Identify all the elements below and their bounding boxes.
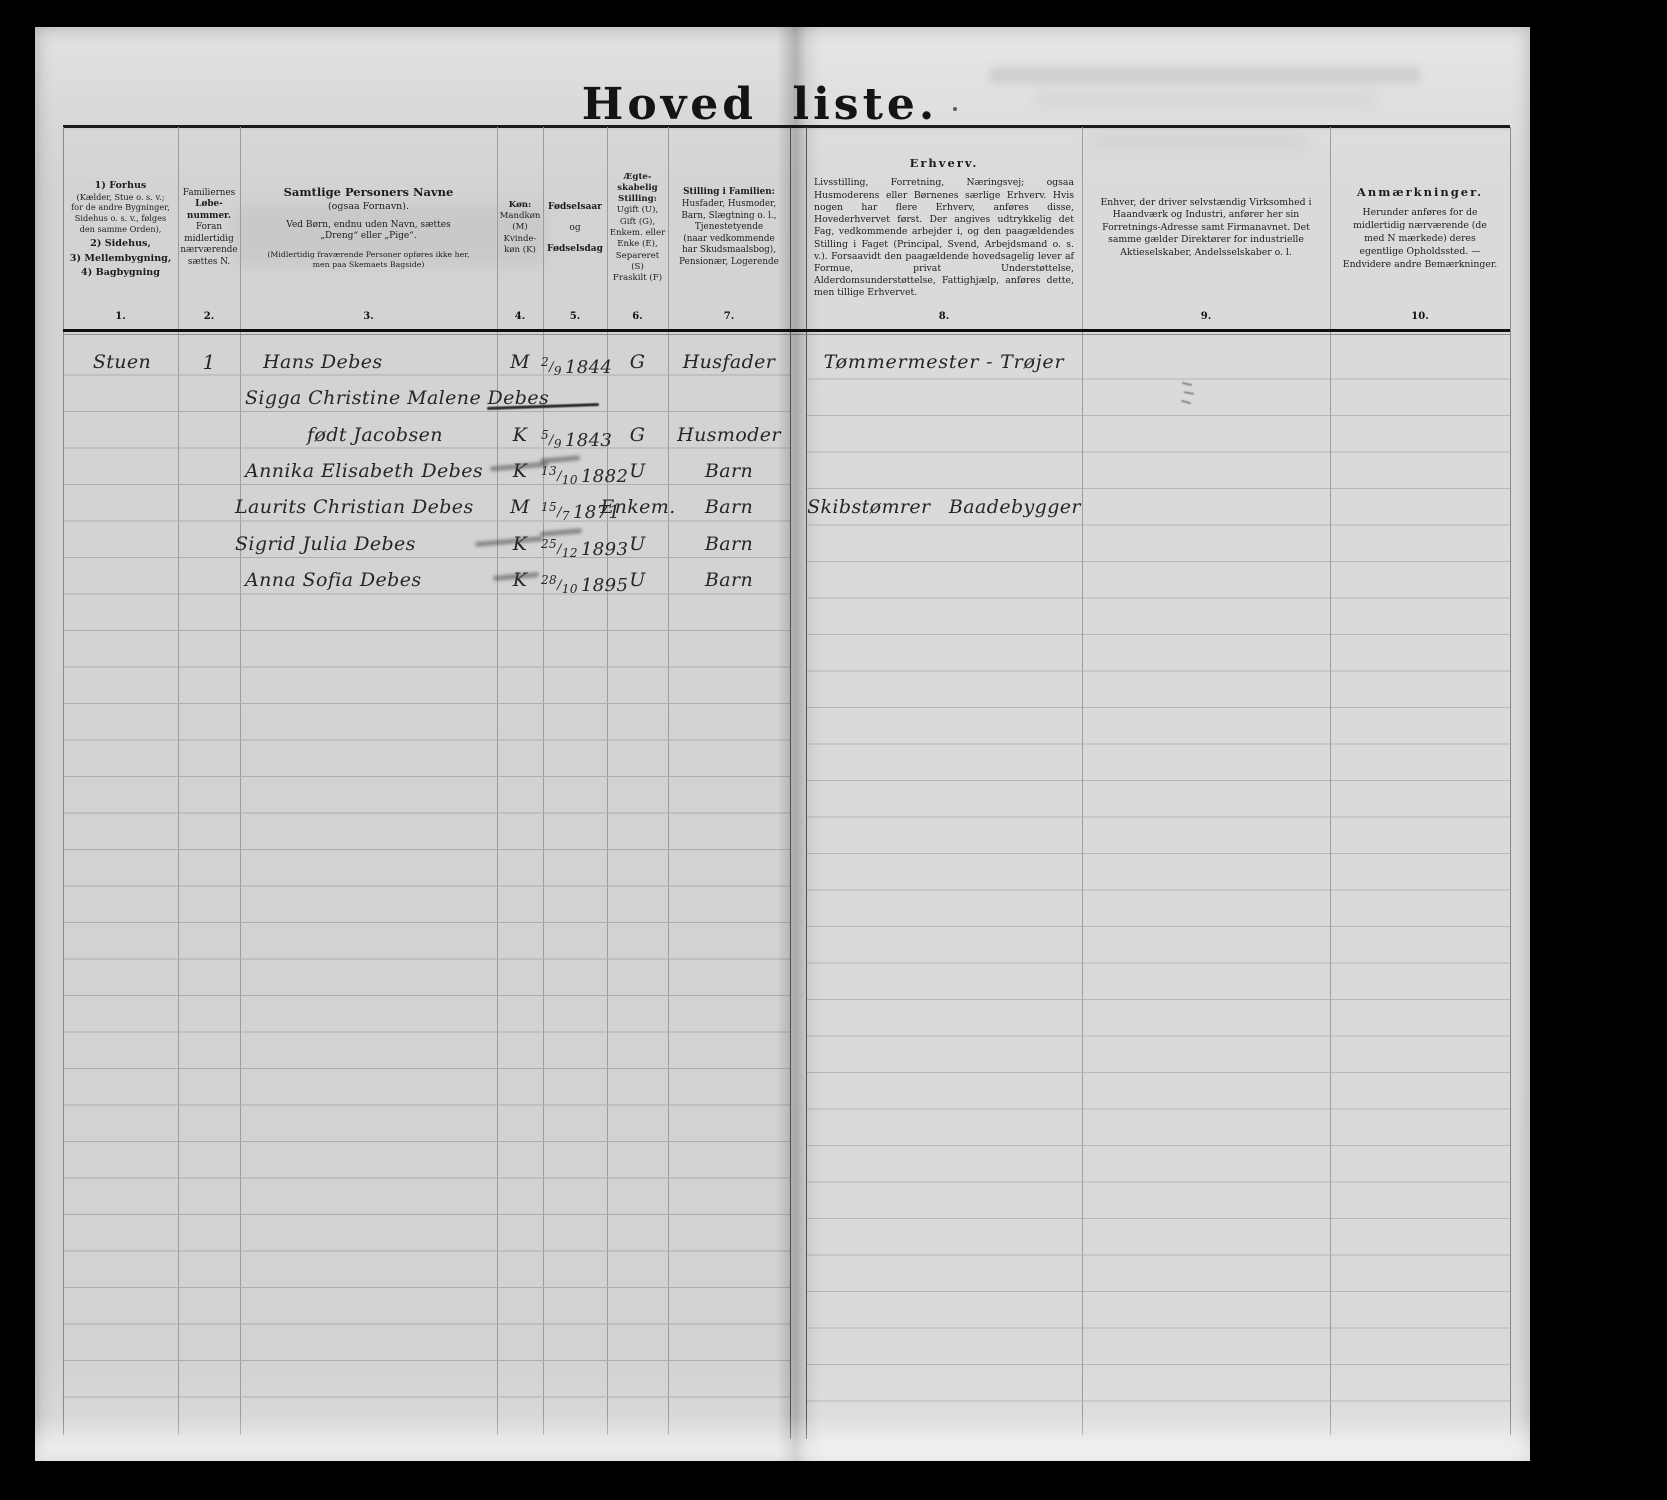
marital-status-cell: G <box>607 418 668 452</box>
column-header-business-address: Enhver, der driver selvstændig Virksomhe… <box>1082 127 1330 329</box>
header-line: (naar vedkommende <box>683 234 774 246</box>
header-line: og <box>569 223 580 234</box>
marital-status-cell: U <box>607 454 668 488</box>
column-header-sex: Køn:Mandkøn(M)Kvinde-køn (K) <box>497 127 543 329</box>
marital-status-cell: G <box>607 345 668 379</box>
header-line: køn (K) <box>504 245 536 256</box>
header-line: (Kælder, Stue o. s. v.; <box>77 192 165 203</box>
header-line: Samtlige Personers Navne <box>284 187 454 198</box>
table-border-right <box>1510 127 1511 1435</box>
column-number: 5. <box>543 311 607 322</box>
page-title: Hoved liste. <box>355 79 1165 130</box>
header-line: 2) Sidehus, <box>90 239 151 250</box>
header-line: Ægte- <box>624 172 652 183</box>
header-line: Sidehus o. s. v., følges <box>75 213 166 224</box>
header-line: (ogsaa Fornavn). <box>328 201 409 212</box>
marital-status-cell: U <box>607 563 668 597</box>
sex-cell: M <box>497 345 543 379</box>
header-line: Kvinde- <box>503 234 536 245</box>
census-page: Hoved liste. 1) Forhus(Kælder, Stue o. s… <box>35 27 1530 1461</box>
header-line: Separeret <box>616 251 659 262</box>
column-number: 4. <box>497 311 543 322</box>
header-line: (S) <box>631 262 644 273</box>
header-line: 1) Forhus <box>95 181 147 192</box>
occupation-header-text: Livsstilling, Forretning, Næringsvej; og… <box>806 177 1082 299</box>
column-number: 6. <box>607 311 668 322</box>
name-cell: Sigga Christine Malene Debes <box>245 381 549 415</box>
column-number: 7. <box>668 311 790 322</box>
header-line: Stilling: <box>618 194 657 205</box>
column-header-names: Samtlige Personers Navne(ogsaa Fornavn).… <box>240 127 497 329</box>
occupation-cell: Tømmermester - Trøjer <box>806 345 1082 379</box>
name-cell: Sigrid Julia Debes <box>235 527 416 561</box>
header-line: nummer. <box>187 211 231 223</box>
column-number: 1. <box>63 311 178 322</box>
family-position-cell: Barn <box>668 454 790 488</box>
header-line: skabelig <box>617 183 657 194</box>
column-number: 8. <box>806 311 1082 322</box>
header-line: Familiernes <box>183 188 235 200</box>
column-header-marital-status: Ægte-skabeligStilling:Ugift (U),Gift (G)… <box>607 127 668 329</box>
header-line: midlertidig <box>184 234 233 246</box>
page-fold <box>777 27 821 1461</box>
header-line: (M) <box>512 222 528 233</box>
header-line: Fraskilt (F) <box>613 273 662 284</box>
header-line: Pensionær, Logerende <box>679 257 779 269</box>
header-line: Fødselsaar <box>548 202 602 213</box>
column-header-birthdate: FødselsaarogFødselsdag <box>543 127 607 329</box>
header-line: Fødselsdag <box>547 244 603 255</box>
header-line: 4) Bagbygning <box>81 268 160 279</box>
page-bottom-edge <box>35 1415 1530 1461</box>
header-line: nærværende <box>180 245 237 257</box>
remarks-header-text: Herunder anføres for de midlertidig nærv… <box>1330 206 1510 271</box>
header-line: har Skudsmaalsbog), <box>682 245 776 257</box>
family-position-cell: Husmoder <box>668 418 790 452</box>
header-line: Køn: <box>509 200 531 211</box>
header-line: Stilling i Familien: <box>683 187 775 199</box>
header-line: Enkem. eller <box>610 228 666 239</box>
header-line: „Dreng“ eller „Pige“. <box>320 231 416 242</box>
family-position-cell: Barn <box>668 527 790 561</box>
header-line: Husfader, Husmoder, <box>682 199 776 211</box>
header-line: for de andre Bygninger, <box>71 202 170 213</box>
header-line: den samme Orden), <box>80 224 162 235</box>
column-header-building: 1) Forhus(Kælder, Stue o. s. v.;for de a… <box>63 127 178 329</box>
sex-cell: K <box>497 418 543 452</box>
column-header-family-position: Stilling i Familien:Husfader, Husmoder,B… <box>668 127 790 329</box>
column-header-occupation: Erhverv. Livsstilling, Forretning, Nærin… <box>806 127 1082 329</box>
header-line: sættes N. <box>188 257 230 269</box>
remarks-header-title: Anmærkninger. <box>1357 185 1483 199</box>
family-number-cell: 1 <box>178 345 240 379</box>
header-line: Barn, Slægtning o. l., <box>681 211 776 223</box>
name-cell: Anna Sofia Debes <box>245 563 422 597</box>
sex-cell: K <box>497 454 543 488</box>
header-line: Enke (E), <box>617 239 658 250</box>
name-cell: født Jacobsen <box>307 418 443 452</box>
column-number: 9. <box>1082 311 1330 322</box>
column-header-family-number: FamiliernesLøbe-nummer.Foranmidlertidign… <box>178 127 240 329</box>
header-line: Ugift (U), <box>617 205 659 216</box>
family-position-cell: Barn <box>668 490 790 524</box>
marital-status-cell: U <box>607 527 668 561</box>
column-number: 2. <box>178 311 240 322</box>
header-line: Foran <box>196 222 222 234</box>
header-line: Gift (G), <box>620 217 655 228</box>
sex-cell: M <box>497 490 543 524</box>
header-line: Ved Børn, endnu uden Navn, sættes <box>286 220 450 231</box>
column-header-remarks: Anmærkninger. Herunder anføres for de mi… <box>1330 127 1510 329</box>
occupation-header-title: Erhverv. <box>910 156 979 170</box>
header-line: (Midlertidig fraværende Personer opføres… <box>267 250 469 260</box>
scan-background: Hoved liste. 1) Forhus(Kælder, Stue o. s… <box>0 0 1667 1500</box>
header-line: men paa Skemaets Bagside) <box>313 260 425 270</box>
header-line: Mandkøn <box>500 211 541 222</box>
building-cell: Stuen <box>67 345 177 379</box>
family-position-cell: Husfader <box>668 345 790 379</box>
header-line: 3) Mellembygning, <box>70 254 171 265</box>
name-cell: Laurits Christian Debes <box>235 490 474 524</box>
column-number: 3. <box>240 311 497 322</box>
name-cell: Hans Debes <box>263 345 383 379</box>
name-cell: Annika Elisabeth Debes <box>245 454 483 488</box>
column-number: 10. <box>1330 311 1510 322</box>
header-line: Tjenestetyende <box>695 222 763 234</box>
occupation-cell: Skibstømrer Baadebygger <box>806 490 1082 524</box>
header-line: Løbe- <box>195 199 222 211</box>
business-address-header-text: Enhver, der driver selvstændig Virksomhe… <box>1082 197 1330 260</box>
family-position-cell: Barn <box>668 563 790 597</box>
